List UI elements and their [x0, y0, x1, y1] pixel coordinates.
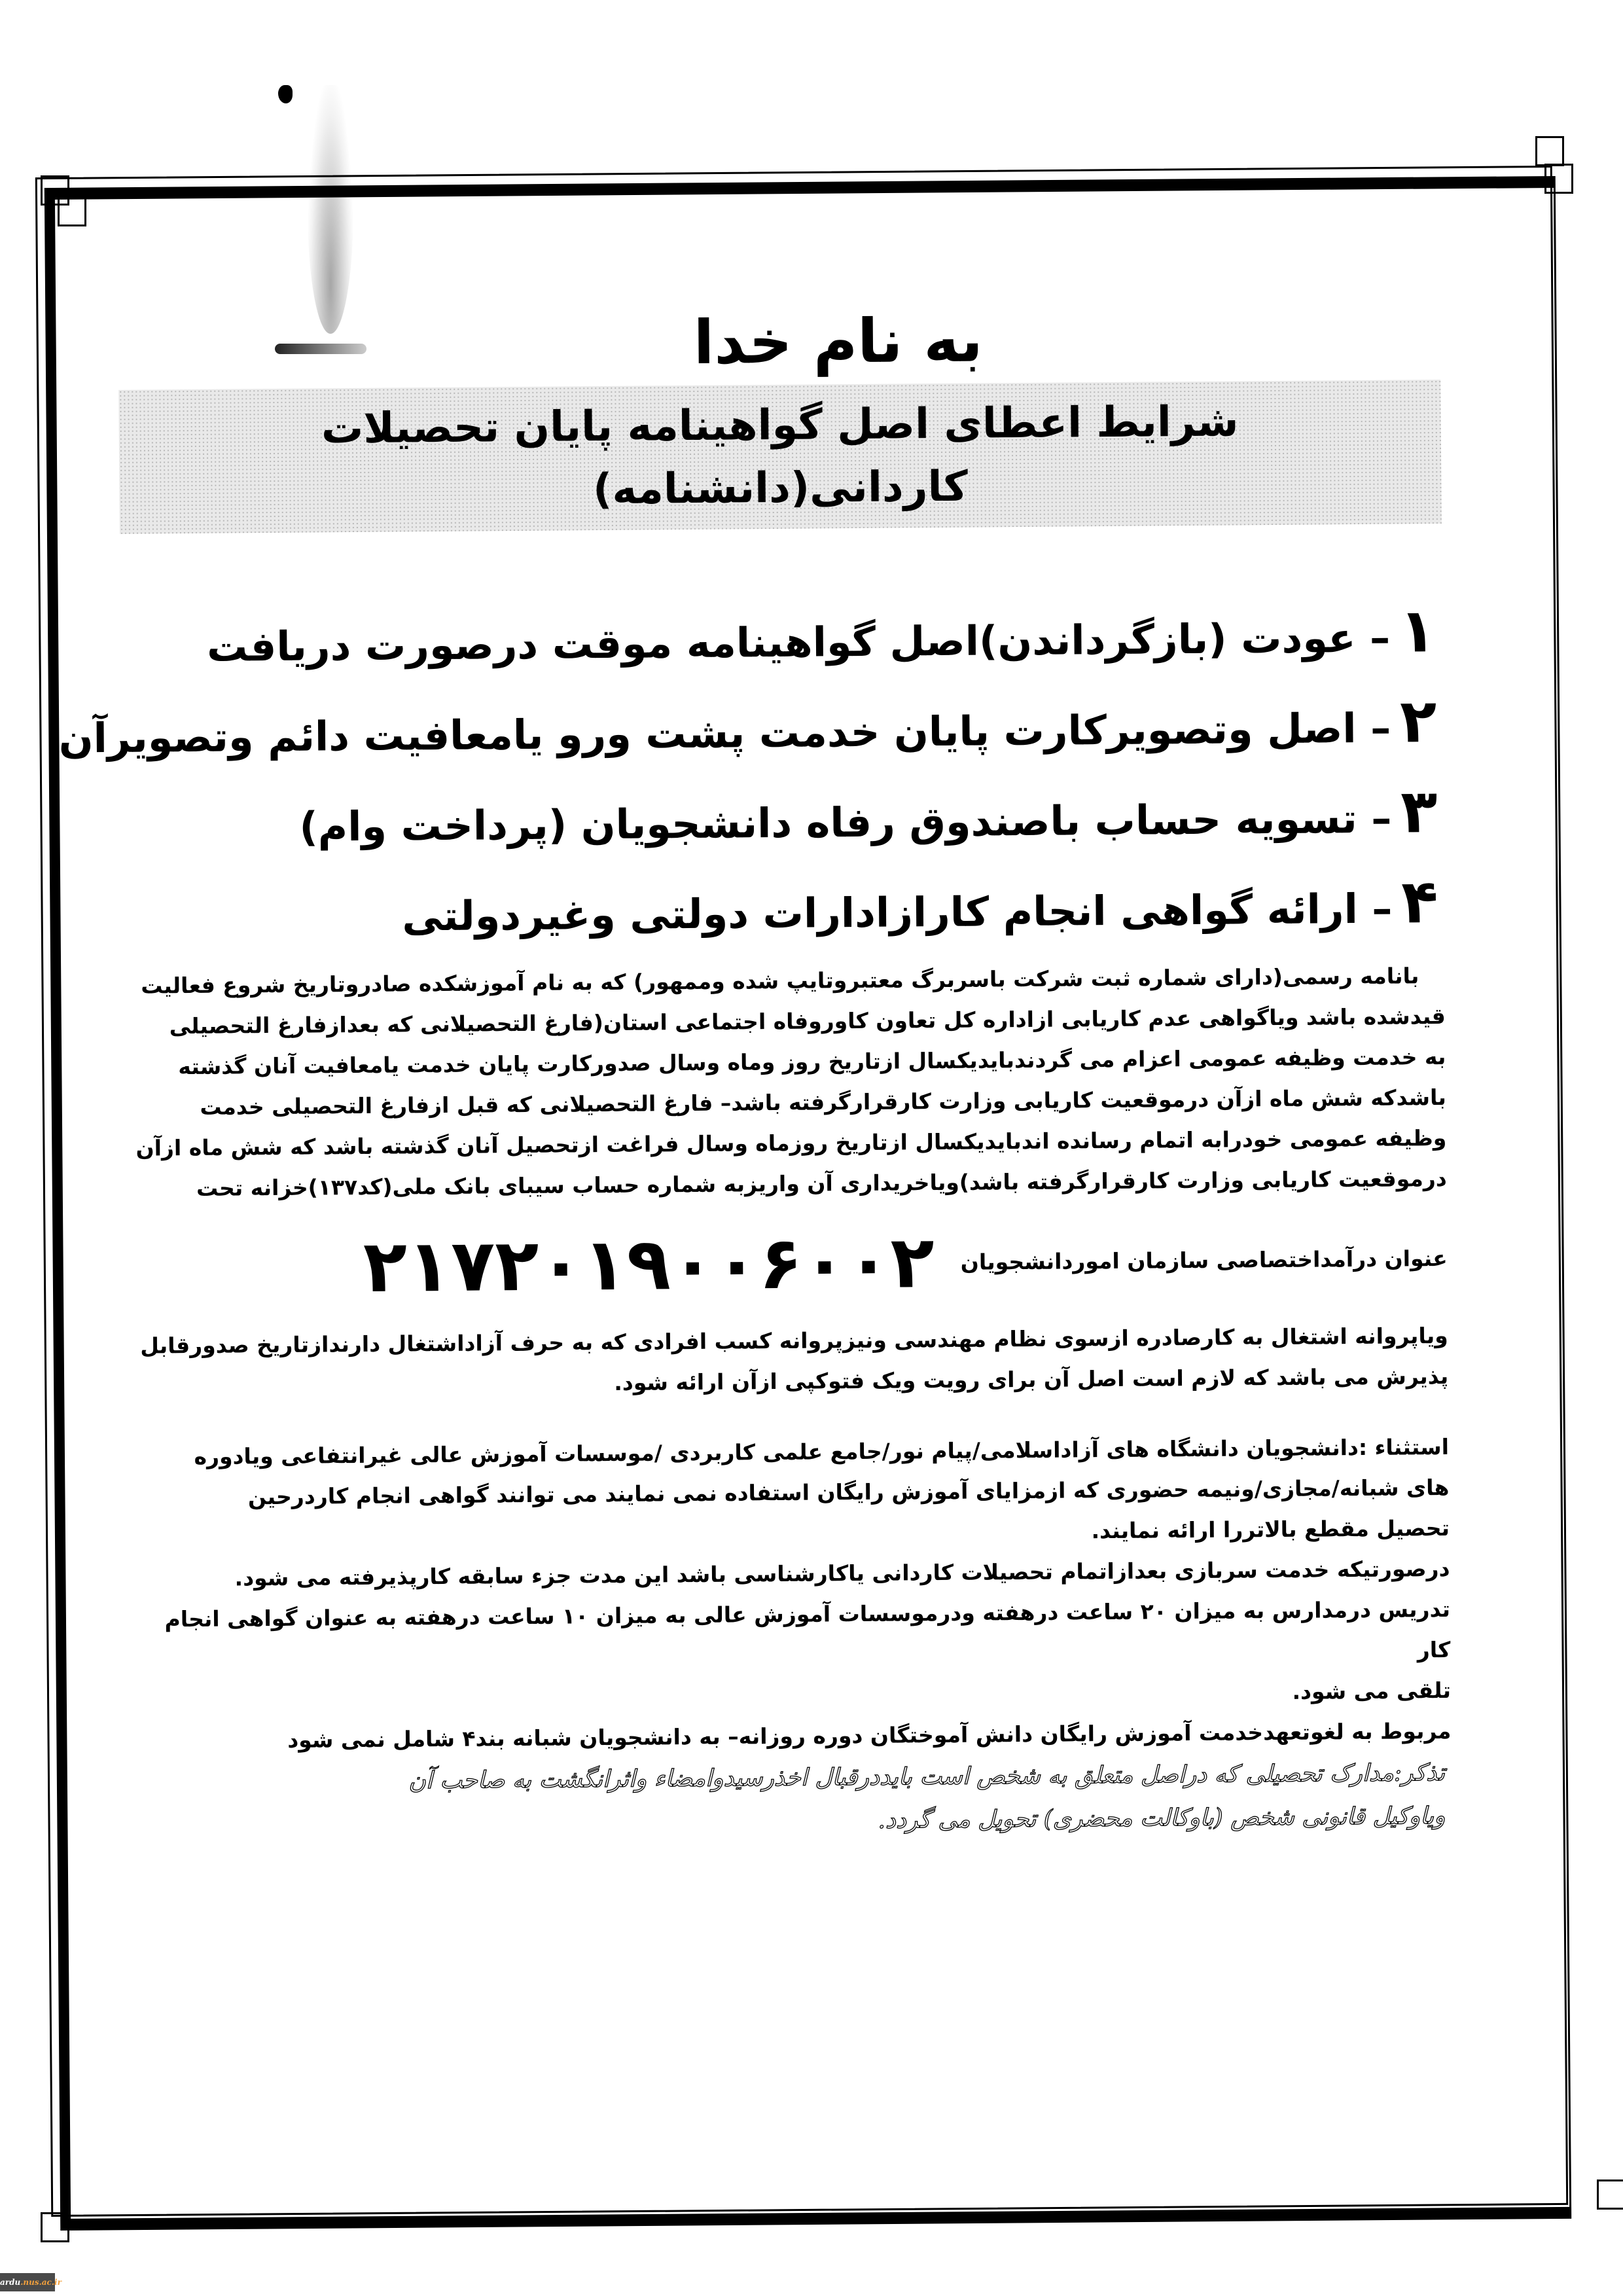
teaching-paragraph: تدریس درمدارس به میزان ۲۰ ساعت درهفته ود…	[128, 1589, 1451, 1721]
scan-artifact-speck	[278, 85, 293, 103]
paragraph-line: تدریس درمدارس به میزان ۲۰ ساعت درهفته ود…	[128, 1589, 1451, 1681]
document-title: شرایط اعطای اصل گواهینامه پایان تحصیلات …	[118, 380, 1442, 534]
requirement-number: ۴	[1401, 867, 1438, 937]
account-info: عنوان درآمداختصاصی سازمان اموردانشجویان …	[125, 1219, 1448, 1308]
watermark-part2: .nus.ac.ir	[20, 2278, 62, 2287]
frame-corner-ornament-top-right-inner	[1544, 164, 1573, 194]
requirement-text: – اصل وتصویرکارت پایان خدمت پشت ورو یامع…	[58, 704, 1391, 762]
document-body: به نام خدا شرایط اعطای اصل گواهینامه پای…	[118, 281, 1452, 1848]
watermark-part1: ardu	[0, 2278, 20, 2287]
requirements-list: ۱– عودت (بازگرداندن)اصل گواهینامه موقت د…	[120, 589, 1445, 961]
requirement-text: – عودت (بازگرداندن)اصل گواهینامه موقت در…	[207, 614, 1391, 671]
handwritten-note: تذکر:مدارک تحصیلی که دراصل متعلق به شخص …	[130, 1751, 1452, 1848]
license-paragraph: ویاپروانه اشتغال به کارصادره ازسوی نظام …	[126, 1316, 1448, 1407]
item4-details-paragraph: بانامه رسمی(دارای شماره ثبت شرکت باسربرگ…	[123, 956, 1447, 1210]
frame-corner-ornament-top-left-inner	[58, 196, 86, 226]
requirement-item-3: ۳– تسویه حساب باصندوق رفاه دانشجویان (پر…	[122, 770, 1438, 870]
requirement-item-2: ۲– اصل وتصویرکارت پایان خدمت پشت ورو یام…	[121, 679, 1437, 780]
frame-corner-ornament-top-right	[1535, 136, 1564, 166]
requirement-number: ۲	[1400, 686, 1437, 756]
account-number: ۲۱۷۲۰۱۹۰۰۶۰۰۲	[363, 1223, 935, 1306]
requirement-text: – ارائه گواهی انجام کارازادارات دولتی وغ…	[402, 885, 1393, 941]
basmala-heading: به نام خدا	[118, 301, 1440, 384]
account-label: عنوان درآمداختصاصی سازمان اموردانشجویان	[961, 1245, 1448, 1274]
exception-paragraph: استثناء :دانشجویان دانشگاه های آزاداسلام…	[127, 1427, 1450, 1559]
frame-corner-ornament-bottom-right	[1597, 2179, 1623, 2210]
requirement-number: ۱	[1399, 596, 1436, 666]
requirement-item-1: ۱– عودت (بازگرداندن)اصل گواهینامه موقت د…	[120, 589, 1436, 690]
requirement-number: ۳	[1400, 776, 1438, 846]
site-watermark: ardu.nus.ac.ir	[0, 2273, 55, 2291]
requirement-item-4: ۴– ارائه گواهی انجام کارازادارات دولتی و…	[122, 860, 1438, 961]
requirement-text: – تسویه حساب باصندوق رفاه دانشجویان (پرد…	[299, 795, 1391, 851]
document-title-wrap: شرایط اعطای اصل گواهینامه پایان تحصیلات …	[118, 380, 1442, 534]
frame-corner-ornament-bottom-left	[41, 2212, 69, 2242]
